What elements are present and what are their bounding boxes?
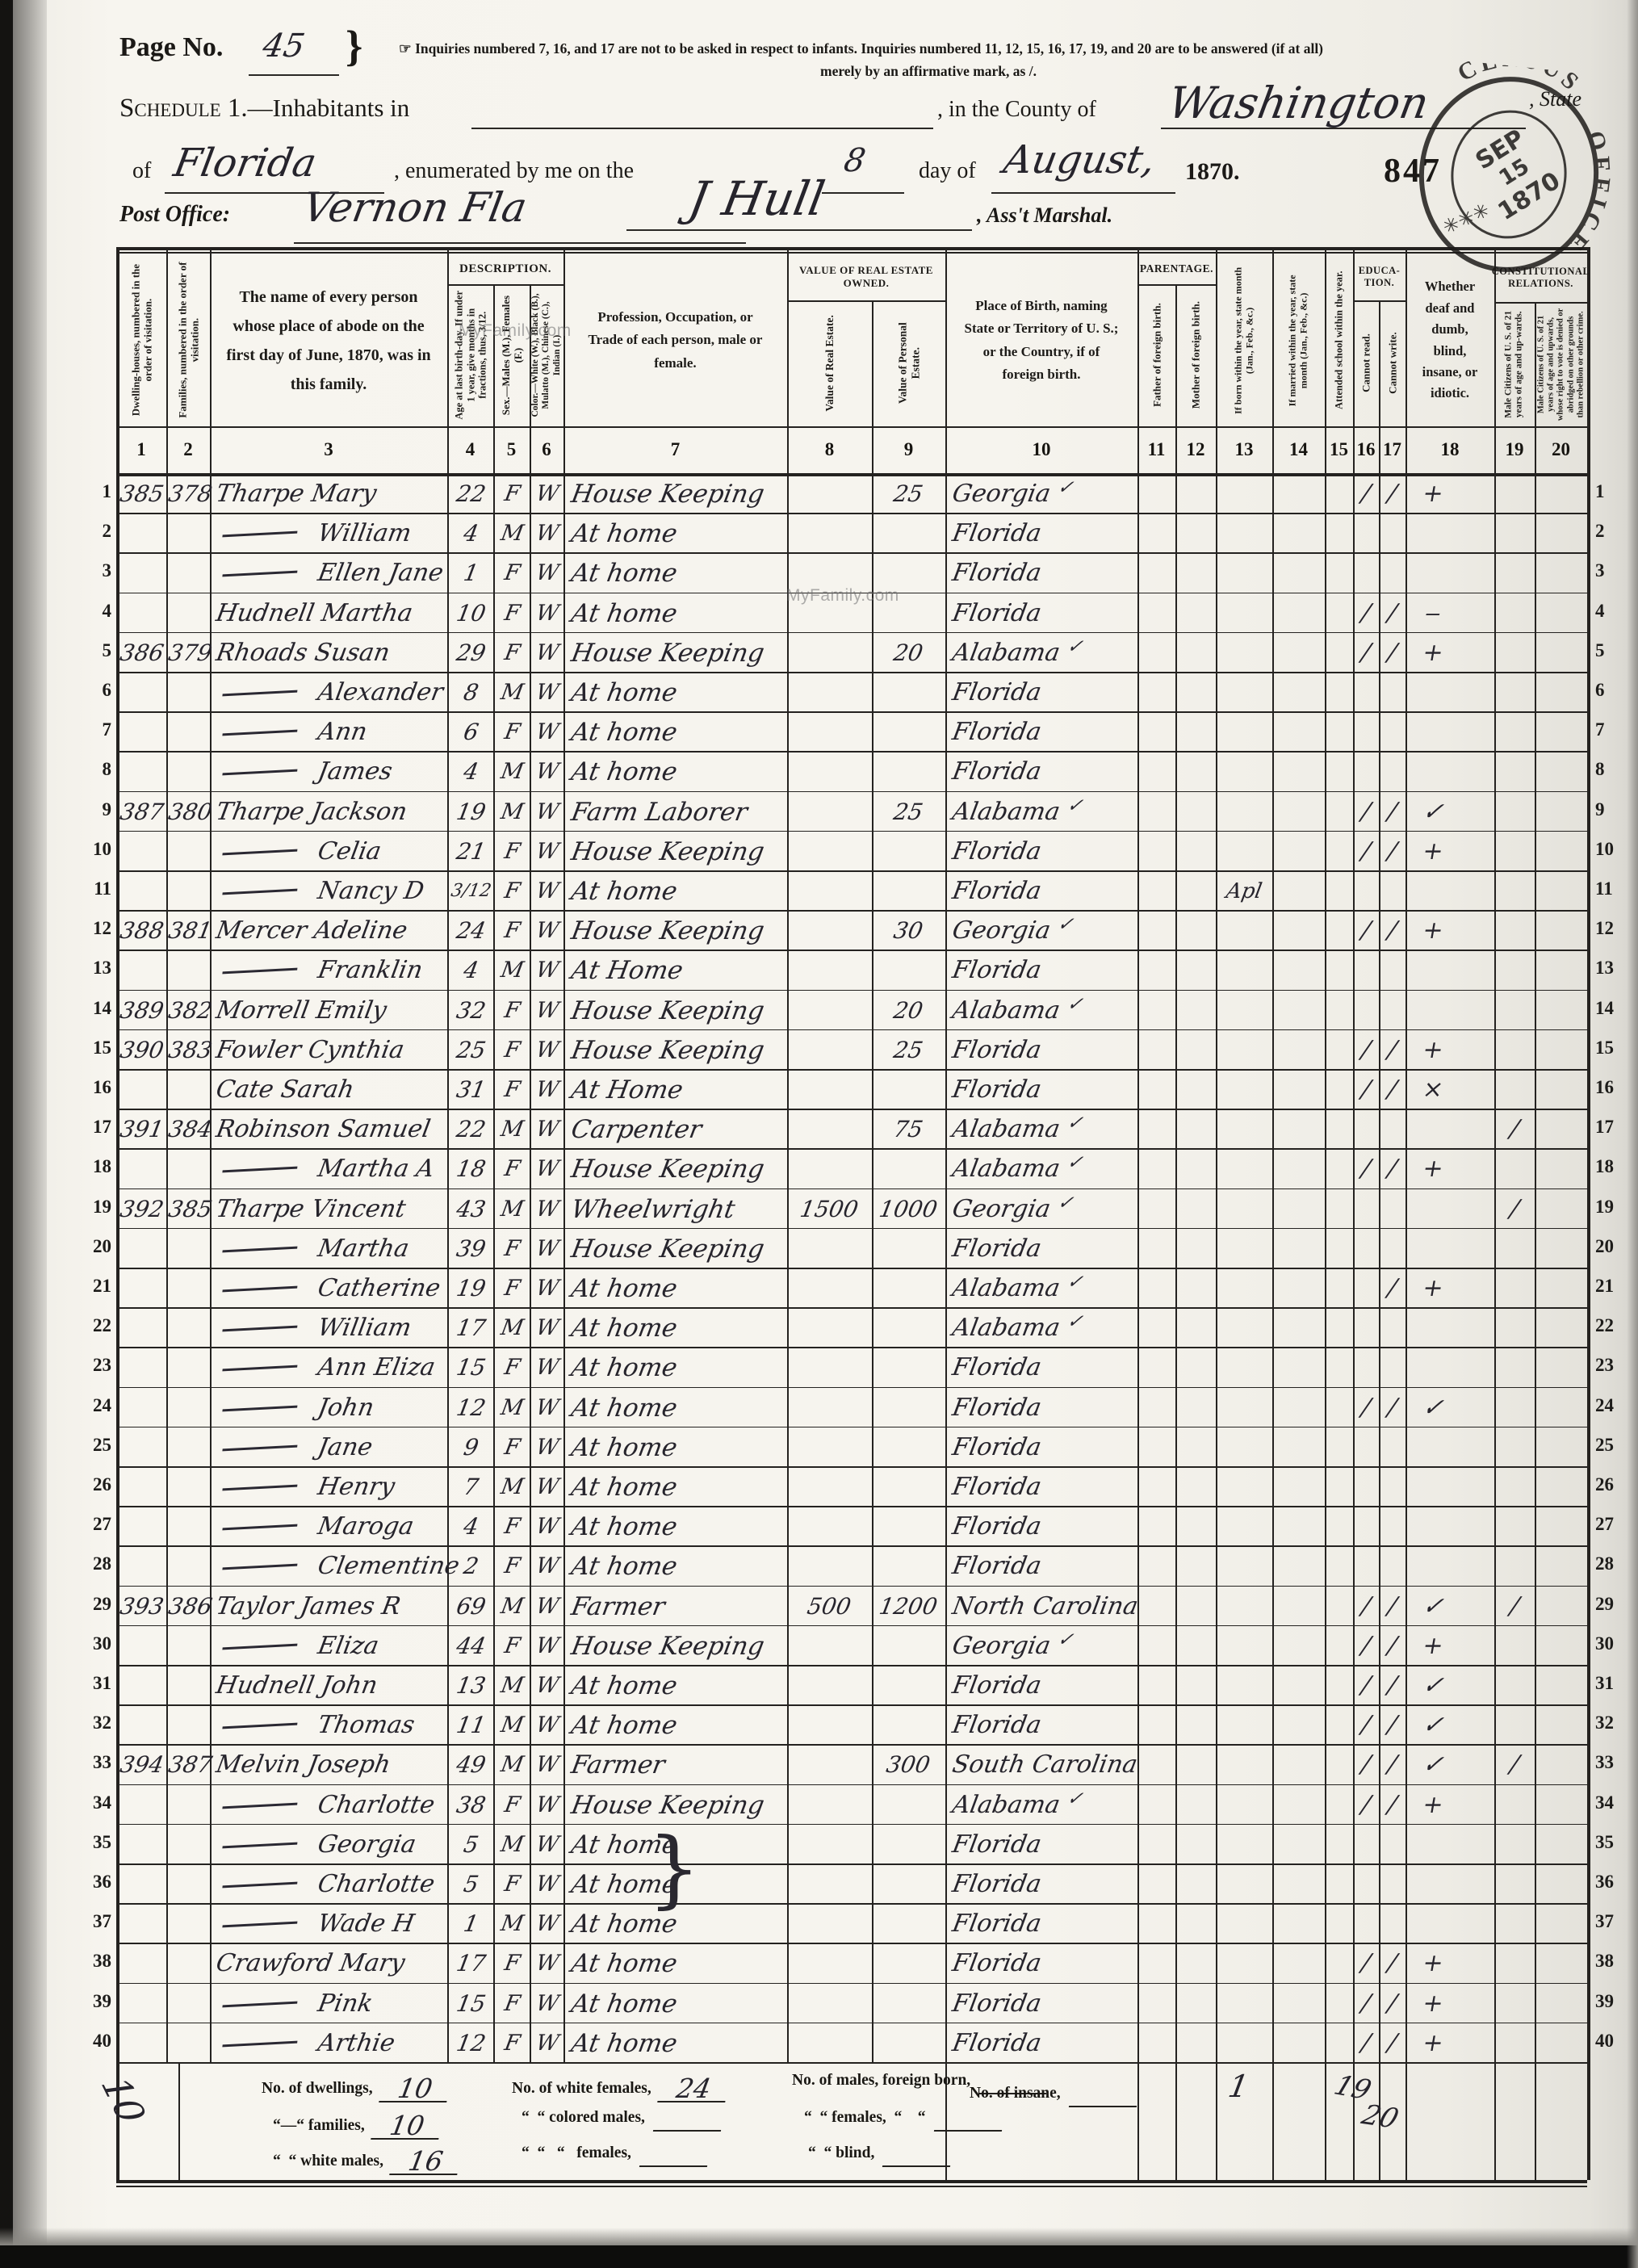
cell-occupation: House Keeping — [568, 912, 788, 950]
cell-health-mark: ‒ — [1404, 595, 1462, 632]
ditto-dash — [222, 1246, 297, 1252]
cell-dwelling: 388 — [117, 912, 170, 950]
cell-color: W — [528, 714, 567, 751]
cell-occupation: At home — [568, 1270, 788, 1307]
cell-cannot-write: / — [1376, 912, 1408, 950]
cell-age: 15 — [446, 1349, 496, 1386]
cell-name: Clementine — [213, 1548, 452, 1585]
row-number-right: 10 — [1595, 839, 1631, 860]
cell-age: 10 — [446, 595, 496, 632]
column-line — [1216, 247, 1217, 2062]
cell-color: W — [528, 1310, 567, 1347]
cell-birthplace: Florida — [949, 714, 1140, 751]
cell-color: W — [528, 1111, 567, 1148]
footer-column-line — [1535, 2062, 1536, 2180]
ditto-dash — [222, 1802, 297, 1809]
cell-name: Maroga — [213, 1508, 452, 1545]
year-text: 1870. — [1185, 158, 1240, 186]
cell-occupation: At home — [568, 753, 788, 790]
cell-citizen-mark: / — [1493, 1191, 1536, 1228]
cell-name: Rhoads Susan — [213, 635, 452, 672]
cell-color: W — [528, 1866, 567, 1903]
cell-occupation: At home — [568, 714, 788, 751]
cell-health-mark: + — [1404, 1270, 1462, 1307]
row-number-left: 2 — [81, 521, 111, 542]
footer-value-colored-females — [933, 2130, 1001, 2132]
cell-color: W — [528, 1429, 567, 1466]
ditto-dash — [222, 730, 297, 736]
cell-sex: F — [492, 635, 533, 672]
birthplace-checkmark: ✓ — [1066, 795, 1085, 816]
row-number-right: 1 — [1595, 481, 1631, 502]
watermark: MyFamily.com — [459, 321, 572, 341]
cell-birthplace: Alabama✓ — [949, 1111, 1140, 1148]
row-number-right: 24 — [1595, 1395, 1631, 1416]
birthplace-checkmark: ✓ — [1056, 477, 1075, 498]
cell-health-mark: + — [1404, 476, 1462, 513]
column-number-17: 17 — [1379, 428, 1405, 472]
cell-sex: F — [492, 1945, 533, 1982]
cell-name: Morrell Emily — [213, 992, 452, 1029]
cell-age: 13 — [446, 1667, 496, 1704]
cell-occupation: At home — [568, 1985, 788, 2023]
census-schedule-scan: Page No. 45 } ☞ Inquiries numbered 7, 16… — [0, 0, 1638, 2268]
row-line — [116, 1704, 1587, 1706]
birthplace-checkmark: ✓ — [1066, 1788, 1085, 1809]
footer-label-colored-females: “ “ females, “ “ — [804, 2109, 926, 2127]
cell-name: Nancy D — [213, 873, 452, 910]
row-number-right: 13 — [1595, 958, 1631, 979]
row-number-right: 19 — [1595, 1197, 1631, 1218]
column-header-text: Dwelling-houses, numbered in the order o… — [129, 260, 153, 421]
footer-label-dwellings: No. of dwellings, — [262, 2080, 373, 2098]
row-number-right: 37 — [1595, 1911, 1631, 1932]
birthplace-checkmark: ✓ — [1066, 1152, 1085, 1173]
row-number-left: 18 — [81, 1156, 111, 1177]
cell-sex: M — [492, 1469, 533, 1506]
footer-item-white-males: “ “ white males,16 — [273, 2144, 459, 2170]
cell-sex: M — [492, 1826, 533, 1863]
cell-family: 378 — [165, 476, 214, 513]
column-header-text: Sex.—Males (M.), Females (F.) — [499, 290, 523, 421]
cell-sex: F — [492, 714, 533, 751]
ditto-dash — [222, 1286, 297, 1293]
row-line — [116, 1665, 1587, 1666]
row-line — [116, 751, 1587, 753]
cell-occupation: At home — [568, 1945, 788, 1982]
cell-occupation: At home — [568, 873, 788, 910]
column-number-2: 2 — [166, 428, 210, 472]
cell-sex: M — [492, 1746, 533, 1784]
footer-label-white-females: No. of white females, — [512, 2080, 651, 2098]
cell-sex: F — [492, 1628, 533, 1665]
cell-birthplace: Florida — [949, 515, 1140, 552]
cell-birthplace: Florida — [949, 1548, 1140, 1585]
cell-health-mark: + — [1404, 2025, 1462, 2062]
cell-age: 39 — [446, 1230, 496, 1268]
row-line — [116, 1506, 1587, 1507]
cell-name: Wade H — [213, 1905, 452, 1943]
cell-birthplace: Georgia✓ — [949, 476, 1140, 513]
row-number-right: 4 — [1595, 601, 1631, 622]
row-number-left: 21 — [81, 1276, 111, 1297]
cell-sex: F — [492, 1548, 533, 1585]
row-line — [116, 1943, 1587, 1944]
cell-health-mark: + — [1404, 833, 1462, 870]
cell-occupation: Farm Laborer — [568, 794, 788, 831]
notice-line1: ☞ Inquiries numbered 7, 16, and 17 are n… — [399, 40, 1602, 57]
value-group-header: VALUE OF REAL ESTATE OWNED. — [787, 254, 945, 300]
cell-health-mark: ✓ — [1404, 1746, 1462, 1784]
cell-health-mark: ✓ — [1404, 1390, 1462, 1427]
cell-color: W — [528, 1707, 567, 1744]
cell-age: 4 — [446, 753, 496, 790]
cell-sex: F — [492, 833, 533, 870]
cell-color: W — [528, 1787, 567, 1824]
bottom-scan-edge — [0, 2245, 1638, 2268]
row-number-right: 22 — [1595, 1315, 1631, 1336]
cell-age: 12 — [446, 1390, 496, 1427]
cell-sex: F — [492, 1787, 533, 1824]
cell-color: W — [528, 1508, 567, 1545]
ditto-dash — [222, 2040, 297, 2047]
cell-birthplace: Florida — [949, 2025, 1140, 2062]
row-number-right: 23 — [1595, 1355, 1631, 1376]
row-number-left: 16 — [81, 1077, 111, 1098]
cell-name: Arthie — [213, 2025, 452, 2062]
column-header-11: Father of foreign birth. — [1137, 284, 1175, 426]
description-group-header: DESCRIPTION. — [447, 254, 563, 284]
ditto-dash — [222, 571, 297, 577]
cell-cannot-write: / — [1376, 1151, 1408, 1188]
row-number-left: 14 — [81, 998, 111, 1019]
cell-occupation: Wheelwright — [568, 1191, 788, 1228]
cell-name: Charlotte — [213, 1866, 452, 1903]
cell-age: 4 — [446, 515, 496, 552]
cell-name: Hudnell Martha — [213, 595, 452, 632]
row-number-left: 19 — [81, 1197, 111, 1218]
column-line — [1494, 247, 1496, 2062]
cell-personal-estate: 25 — [870, 794, 946, 831]
birthplace-checkmark: ✓ — [1066, 994, 1085, 1015]
row-number-right: 11 — [1595, 878, 1631, 899]
ditto-dash — [222, 1564, 297, 1570]
row-number-left: 9 — [81, 799, 111, 820]
cell-cannot-write: / — [1376, 1071, 1408, 1109]
row-number-right: 21 — [1595, 1276, 1631, 1297]
row-line — [116, 2023, 1587, 2024]
footer-column-line — [1325, 2062, 1326, 2180]
cell-color: W — [528, 1230, 567, 1268]
cell-occupation: House Keeping — [568, 635, 788, 672]
column-header-19: Male Citizens of U. S. of 21 years of ag… — [1494, 302, 1535, 426]
column-number-9: 9 — [872, 428, 945, 472]
cell-color: W — [528, 1548, 567, 1585]
cell-birthplace: Florida — [949, 595, 1140, 632]
column-header-13: If born within the year, state month (Ja… — [1216, 254, 1272, 426]
post-office-underline — [294, 242, 746, 244]
row-line — [116, 1188, 1587, 1190]
ditto-dash — [222, 769, 297, 776]
cell-name: Melvin Joseph — [213, 1746, 452, 1784]
row-number-right: 2 — [1595, 521, 1631, 542]
cell-dwelling: 385 — [117, 476, 170, 513]
footer-item-colored-males: “ “ colored males, — [522, 2109, 721, 2127]
cell-age: 25 — [446, 1032, 496, 1069]
cell-sex: M — [492, 674, 533, 711]
cell-health-mark: + — [1404, 1151, 1462, 1188]
ditto-dash — [222, 968, 297, 975]
cell-age: 8 — [446, 674, 496, 711]
column-header-7: Profession, Occupation, or Trade of each… — [563, 254, 787, 426]
footer-value-families: 10 — [371, 2114, 443, 2140]
cell-birthplace: Florida — [949, 1707, 1140, 1744]
cell-color: W — [528, 1270, 567, 1307]
page-number-brace: } — [346, 21, 362, 71]
row-number-right: 7 — [1595, 719, 1631, 740]
footer-label-families: “—“ families, — [273, 2117, 365, 2135]
column-header-text: Attended school within the year. — [1333, 260, 1345, 421]
cell-born-month: Apl — [1214, 873, 1274, 910]
cell-sex: F — [492, 1230, 533, 1268]
row-line — [116, 632, 1587, 634]
cell-family: 381 — [165, 912, 214, 950]
cell-citizen-mark: / — [1493, 1746, 1536, 1784]
column-header-5: Sex.—Males (M.), Females (F.) — [493, 284, 530, 426]
ditto-dash — [222, 1444, 297, 1451]
cell-birthplace: Alabama✓ — [949, 635, 1140, 672]
cell-health-mark: ✓ — [1404, 1588, 1462, 1625]
cell-birthplace: Alabama✓ — [949, 1310, 1140, 1347]
cell-cannot-write: / — [1376, 476, 1408, 513]
footer-item-insane: No. of insane, — [970, 2085, 1137, 2102]
cell-cannot-write: / — [1376, 1787, 1408, 1824]
cell-age: 24 — [446, 912, 496, 950]
cell-color: W — [528, 595, 567, 632]
cell-health-mark: + — [1404, 635, 1462, 672]
cell-cannot-write: / — [1376, 1945, 1408, 1982]
column-header-17: Cannot write. — [1379, 300, 1405, 426]
cell-health-mark: × — [1404, 1071, 1462, 1109]
cell-sex: F — [492, 992, 533, 1029]
footer-item-colored-females: “ “ females, “ “ — [804, 2109, 1002, 2127]
cell-occupation: House Keeping — [568, 1151, 788, 1188]
cell-cannot-write: / — [1376, 1746, 1408, 1784]
column-header-2: Families, numbered in the order of visit… — [166, 254, 210, 426]
cell-personal-estate: 25 — [870, 476, 946, 513]
cell-name: Alexander — [213, 674, 452, 711]
column-header-text: Age at last birth-day. If under 1 year, … — [453, 290, 488, 421]
row-number-left: 11 — [81, 878, 111, 899]
row-line — [116, 910, 1587, 912]
cell-color: W — [528, 1746, 567, 1784]
row-number-left: 38 — [81, 1951, 111, 1972]
cell-birthplace: Florida — [949, 753, 1140, 790]
cell-color: W — [528, 1985, 567, 2023]
cell-color: W — [528, 1151, 567, 1188]
cell-color: W — [528, 555, 567, 592]
row-number-left: 27 — [81, 1514, 111, 1535]
row-line — [116, 1983, 1587, 1985]
page-number-underline — [249, 74, 339, 76]
cell-occupation: House Keeping — [568, 1230, 788, 1268]
month-value-handwritten: August, — [1000, 137, 1158, 182]
right-scan-edge — [1627, 0, 1638, 2268]
row-number-right: 12 — [1595, 918, 1631, 939]
cell-name: Mercer Adeline — [213, 912, 452, 950]
cell-cannot-write: / — [1376, 1628, 1408, 1665]
cell-name: Tharpe Vincent — [213, 1191, 452, 1228]
row-line — [116, 950, 1587, 951]
cell-cannot-write: / — [1376, 794, 1408, 831]
footer-bottom-rule — [116, 2180, 1587, 2183]
cell-name: Robinson Samuel — [213, 1111, 452, 1148]
cell-occupation: At home — [568, 1349, 788, 1386]
cell-name: Hudnell John — [213, 1667, 452, 1704]
birthplace-checkmark: ✓ — [1066, 1311, 1085, 1332]
row-number-left: 36 — [81, 1872, 111, 1893]
cell-sex: M — [492, 1111, 533, 1148]
row-line — [116, 1625, 1587, 1627]
row-number-right: 33 — [1595, 1752, 1631, 1773]
birthplace-checkmark: ✓ — [1056, 1193, 1075, 1214]
cell-personal-estate: 1000 — [870, 1191, 946, 1228]
cell-name: Fowler Cynthia — [213, 1032, 452, 1069]
column-header-9: Value of Personal Estate. — [872, 300, 945, 426]
cell-citizen-mark: / — [1493, 1588, 1536, 1625]
cell-name: John — [213, 1390, 452, 1427]
cell-sex: F — [492, 476, 533, 513]
row-number-left: 26 — [81, 1474, 111, 1495]
cell-birthplace: Alabama✓ — [949, 992, 1140, 1029]
cell-name: Catherine — [213, 1270, 452, 1307]
footer-label-males-foreign-born: No. of males, foreign born, — [792, 2072, 970, 2090]
column-number-10: 10 — [945, 428, 1137, 472]
cell-sex: F — [492, 1349, 533, 1386]
cell-name: Martha — [213, 1230, 452, 1268]
cell-color: W — [528, 2025, 567, 2062]
cell-family: 383 — [165, 1032, 214, 1069]
cell-dwelling: 386 — [117, 635, 170, 672]
cell-cannot-write: / — [1376, 833, 1408, 870]
column-header-text: Value of Personal Estate. — [896, 306, 921, 421]
left-page-gutter — [13, 0, 47, 2268]
inhabitants-blank-underline — [471, 128, 933, 129]
birthplace-checkmark: ✓ — [1056, 914, 1075, 935]
birthplace-checkmark: ✓ — [1066, 636, 1085, 657]
row-line — [116, 1427, 1587, 1428]
row-line — [116, 513, 1587, 514]
cell-sex: M — [492, 1667, 533, 1704]
cell-occupation: At home — [568, 2025, 788, 2062]
cell-name: Cate Sarah — [213, 1071, 452, 1109]
cell-age: 29 — [446, 635, 496, 672]
cell-birthplace: Florida — [949, 1866, 1140, 1903]
row-number-right: 40 — [1595, 2031, 1631, 2052]
cell-occupation: Carpenter — [568, 1111, 788, 1148]
cell-occupation: At home — [568, 1548, 788, 1585]
column-line — [116, 247, 119, 2062]
cell-birthplace: Florida — [949, 555, 1140, 592]
column-header-text: Value of Real Estate. — [823, 306, 836, 421]
row-line — [116, 1545, 1587, 1547]
watermark: MyFamily.com — [786, 586, 899, 606]
cell-cannot-write: / — [1376, 595, 1408, 632]
cell-color: W — [528, 1588, 567, 1625]
cell-occupation: At home — [568, 1429, 788, 1466]
cell-birthplace: Alabama✓ — [949, 1787, 1140, 1824]
column-number-20: 20 — [1535, 428, 1587, 472]
footer-value-white-females: 24 — [657, 2077, 730, 2102]
cell-sex: F — [492, 2025, 533, 2062]
footer-tally-mark: 1 — [1225, 2069, 1251, 2104]
notice-line2: merely by an affirmative mark, as /. — [820, 63, 1037, 80]
cell-cannot-write: / — [1376, 2025, 1408, 2062]
cell-birthplace: Florida — [949, 1390, 1140, 1427]
column-line — [945, 247, 947, 2062]
row-line — [116, 2062, 1587, 2064]
row-line — [116, 1784, 1587, 1786]
cell-occupation: At home — [568, 1310, 788, 1347]
row-number-right: 20 — [1595, 1236, 1631, 1257]
cell-birthplace: Florida — [949, 1230, 1140, 1268]
cell-birthplace: Georgia✓ — [949, 1628, 1140, 1665]
row-line — [116, 1148, 1587, 1150]
row-line — [116, 831, 1587, 832]
schedule-word: Schedule 1. — [119, 94, 248, 123]
cell-name: Martha A — [213, 1151, 452, 1188]
cell-age: 49 — [446, 1746, 496, 1784]
cell-sex: M — [492, 1905, 533, 1943]
of-label: of — [132, 158, 151, 184]
county-label: , in the County of — [937, 97, 1096, 123]
cell-health-mark: + — [1404, 1985, 1462, 2023]
day-of-label: day of — [919, 158, 976, 184]
ditto-dash — [222, 889, 297, 895]
footer-column-line — [1494, 2062, 1496, 2180]
cell-name: Thomas — [213, 1707, 452, 1744]
twin-brace: } — [647, 1819, 701, 1918]
cell-sex: M — [492, 794, 533, 831]
cell-sex: F — [492, 1985, 533, 2023]
row-number-left: 10 — [81, 839, 111, 860]
row-number-right: 34 — [1595, 1792, 1631, 1813]
cell-cannot-write: / — [1376, 1985, 1408, 2023]
ditto-dash — [222, 1842, 297, 1848]
cell-age: 18 — [446, 1151, 496, 1188]
column-number-12: 12 — [1175, 428, 1216, 472]
ditto-dash — [222, 1485, 297, 1491]
cell-name: Henry — [213, 1469, 452, 1506]
row-line — [116, 1307, 1587, 1309]
cell-age: 12 — [446, 2025, 496, 2062]
cell-birthplace: Georgia✓ — [949, 912, 1140, 950]
row-line — [116, 1228, 1587, 1230]
cell-health-mark: ✓ — [1404, 1667, 1462, 1704]
row-number-right: 3 — [1595, 560, 1631, 581]
row-number-right: 15 — [1595, 1038, 1631, 1059]
cell-birthplace: Alabama✓ — [949, 794, 1140, 831]
column-number-19: 19 — [1494, 428, 1535, 472]
row-number-right: 38 — [1595, 1951, 1631, 1972]
cell-cannot-write: / — [1376, 1707, 1408, 1744]
column-header-text: Cannot read. — [1359, 306, 1372, 421]
cell-health-mark: + — [1404, 1945, 1462, 1982]
cell-color: W — [528, 1032, 567, 1069]
cell-color: W — [528, 1826, 567, 1863]
cell-occupation: Farmer — [568, 1588, 788, 1625]
bottom-paper-shadow — [0, 2228, 1638, 2245]
